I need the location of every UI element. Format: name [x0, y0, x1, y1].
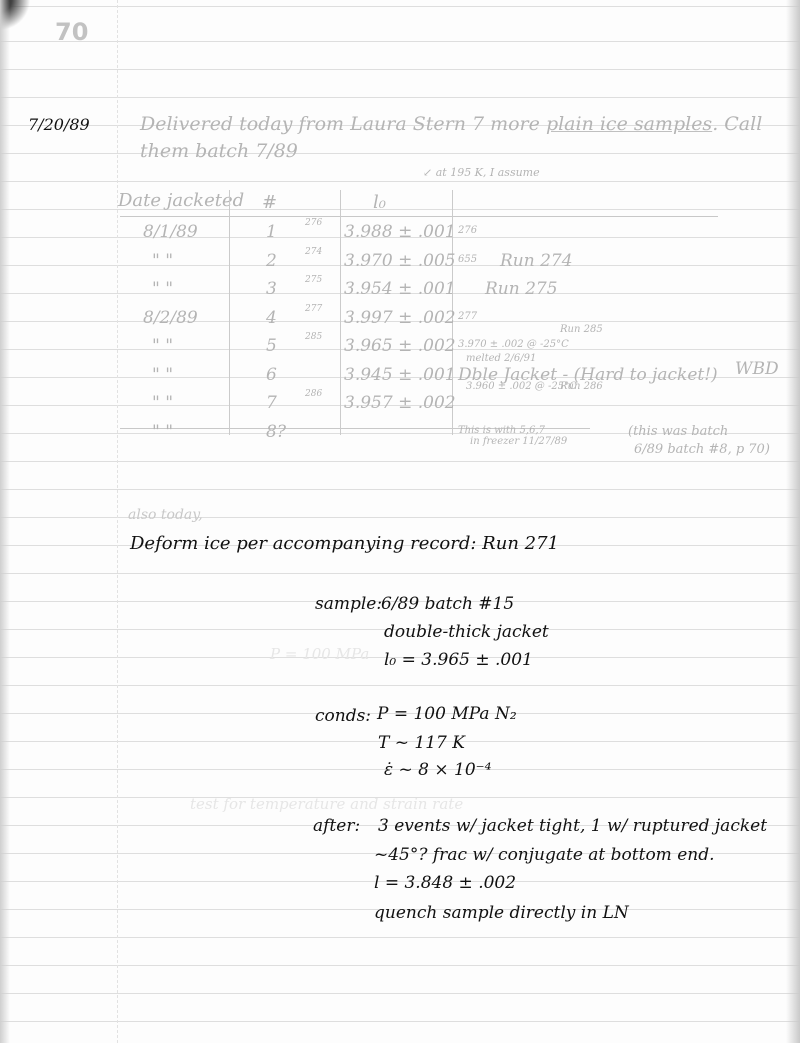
intro-line-1: Delivered today from Laura Stern 7 more …: [140, 113, 762, 135]
page-number: 70: [55, 18, 88, 46]
row-number: 8?: [266, 422, 286, 442]
margin-line: [117, 0, 118, 1043]
entry-date: 7/20/89: [28, 115, 90, 134]
row-run-tag: 276: [305, 218, 322, 228]
table-col-divider: [229, 190, 230, 435]
table-aside-2: 6/89 batch #8, p 70): [634, 442, 770, 457]
row-note: Run 275: [485, 279, 558, 299]
row-l0: 3.970 ± .005: [344, 251, 456, 271]
row-number: 3: [266, 279, 277, 299]
conds-line: P = 100 MPa N₂: [377, 704, 517, 724]
row-note-run: Run 285: [560, 324, 603, 335]
table-col-divider: [340, 190, 341, 435]
row-l0: 3.957 ± .002: [344, 393, 456, 413]
page-edge-left: [0, 0, 10, 1043]
after-line: quench sample directly in LN: [374, 903, 629, 923]
row-note-prefix: 655: [458, 254, 477, 265]
row-l0: 3.988 ± .001: [344, 222, 456, 242]
row-number: 2: [266, 251, 277, 271]
row-number: 5: [266, 336, 277, 356]
row-number: 7: [266, 393, 277, 413]
row-note: This is with 5,6,7: [458, 425, 545, 436]
row-note-run: Run 286: [560, 381, 603, 392]
intro-line-2: them batch 7/89: [140, 140, 298, 162]
header-l0: l₀: [373, 192, 386, 213]
row-note-below: in freezer 11/27/89: [470, 436, 567, 447]
table-aside-1: (this was batch: [628, 424, 728, 439]
sample-line: l₀ = 3.965 ± .001: [384, 650, 533, 670]
row-l0: 3.997 ± .002: [344, 308, 456, 328]
sample-line: double-thick jacket: [384, 622, 549, 642]
row-run-tag: 274: [305, 247, 322, 257]
notebook-page: 70 7/20/89 Delivered today from Laura St…: [0, 0, 800, 1043]
row-date: " ": [152, 365, 173, 385]
after-line: 3 events w/ jacket tight, 1 w/ ruptured …: [378, 816, 767, 836]
intro-text-end: . Call: [712, 113, 762, 135]
bleed-through-text: test for temperature and strain rate: [190, 795, 463, 813]
row-note: Run 274: [500, 251, 573, 271]
row-note: 276: [458, 225, 477, 236]
row-l0: 3.965 ± .002: [344, 336, 456, 356]
conds-line: T ~ 117 K: [378, 733, 465, 753]
intro-text: Delivered today from Laura Stern 7 more: [140, 113, 540, 135]
intro-underlined: plain ice samples: [546, 113, 712, 135]
row-l0: 3.954 ± .001: [344, 279, 456, 299]
row-run-tag: 275: [305, 275, 322, 285]
after-label: after:: [313, 816, 360, 836]
row-initials: WBD: [735, 359, 779, 379]
table-header-rule: [120, 216, 718, 217]
also-today: also today,: [128, 507, 203, 523]
l0-annotation: ↙ at 195 K, I assume: [423, 166, 540, 179]
row-note: 277: [458, 311, 477, 322]
row-date: " ": [152, 422, 173, 442]
after-line: l = 3.848 ± .002: [374, 873, 516, 893]
row-number: 4: [266, 308, 277, 328]
sample-line: 6/89 batch #15: [381, 594, 514, 614]
conds-line: ε̇ ~ 8 × 10⁻⁴: [384, 760, 491, 780]
row-date: " ": [152, 251, 173, 271]
row-date: " ": [152, 279, 173, 299]
l0-annotation-text: at 195 K, I assume: [436, 166, 540, 179]
deform-line: Deform ice per accompanying record: Run …: [130, 533, 559, 554]
row-run-tag: 277: [305, 304, 322, 314]
row-date: 8/2/89: [143, 308, 198, 328]
row-date: 8/1/89: [143, 222, 198, 242]
header-number: #: [262, 192, 277, 213]
row-note: 3.970 ± .002 @ -25°C: [458, 339, 569, 350]
row-number: 6: [266, 365, 277, 385]
row-l0: 3.945 ± .001: [344, 365, 456, 385]
row-run-tag: 286: [305, 389, 322, 399]
row-date: " ": [152, 336, 173, 356]
bleed-through-text: P = 100 MPa: [270, 645, 369, 663]
page-edge-right: [786, 0, 800, 1043]
after-line: ~45°? frac w/ conjugate at bottom end.: [374, 845, 715, 865]
row-note-above: melted 2/6/91: [466, 353, 536, 364]
row-date: " ": [152, 393, 173, 413]
conds-label: conds:: [315, 706, 371, 726]
header-date: Date jacketed: [118, 190, 244, 211]
sample-label: sample:: [315, 594, 382, 614]
row-run-tag: 285: [305, 332, 322, 342]
row-number: 1: [266, 222, 277, 242]
